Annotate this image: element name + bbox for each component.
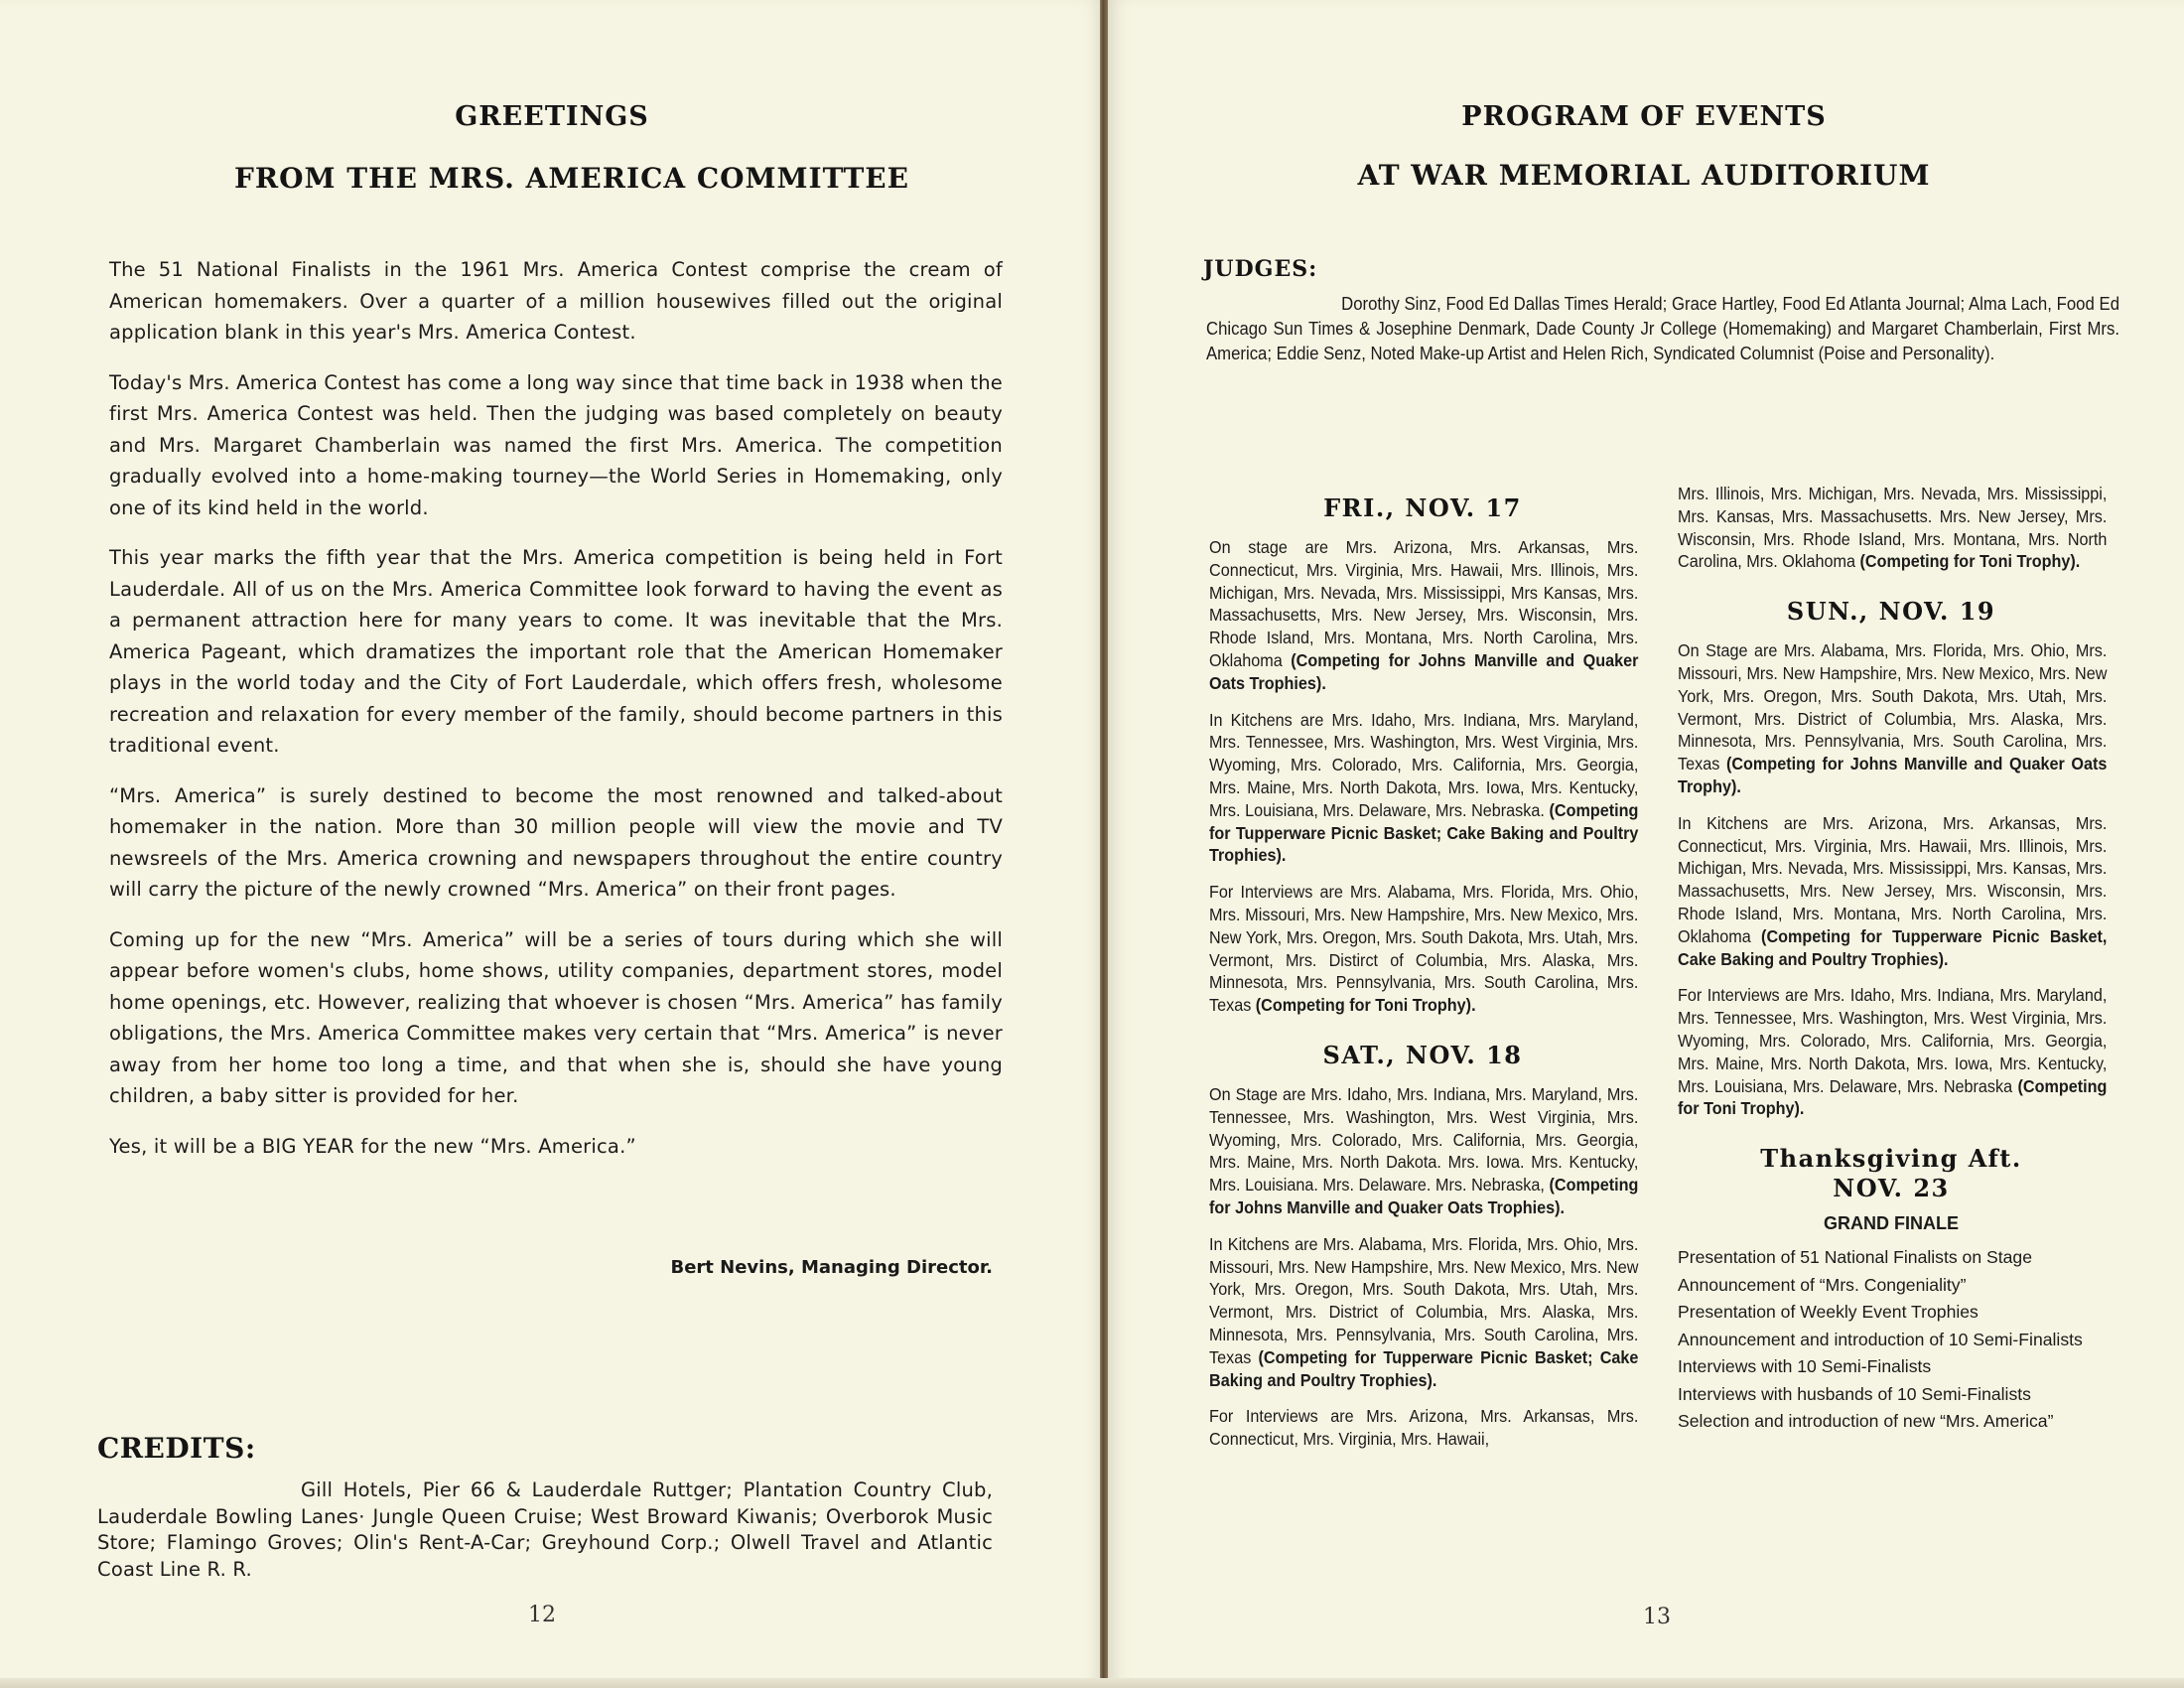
greetings-paragraph: The 51 National Finalists in the 1961 Mr… bbox=[109, 254, 1003, 349]
page-number-right: 13 bbox=[1643, 1605, 1671, 1629]
greetings-paragraph: Today's Mrs. America Contest has come a … bbox=[109, 367, 1003, 524]
schedule-block: For Interviews are Mrs. Idaho, Mrs. Indi… bbox=[1678, 984, 2107, 1120]
program-column-1: FRI., NOV. 17 On stage are Mrs. Arizona,… bbox=[1209, 493, 1676, 1465]
finale-item: Presentation of 51 National Finalists on… bbox=[1678, 1246, 2136, 1269]
page-number-left: 12 bbox=[528, 1603, 556, 1627]
greetings-body: The 51 National Finalists in the 1961 Mr… bbox=[109, 254, 1003, 1181]
program-title: PROGRAM OF EVENTS bbox=[1104, 101, 2184, 132]
finale-item: Interviews with husbands of 10 Semi-Fina… bbox=[1678, 1383, 2136, 1406]
schedule-block: On stage are Mrs. Arizona, Mrs. Arkansas… bbox=[1209, 536, 1638, 695]
schedule-block: On Stage are Mrs. Alabama, Mrs. Florida,… bbox=[1678, 639, 2107, 798]
award-text: (Competing for Toni Trophy). bbox=[1256, 995, 1476, 1015]
book-gutter bbox=[1100, 0, 1108, 1688]
finale-list: Presentation of 51 National Finalists on… bbox=[1678, 1246, 2144, 1433]
schedule-block: In Kitchens are Mrs. Alabama, Mrs. Flori… bbox=[1209, 1233, 1638, 1392]
greetings-subtitle: FROM THE MRS. AMERICA COMMITTEE bbox=[0, 162, 1104, 195]
page-bottom-edge bbox=[0, 1678, 2184, 1688]
finale-item: Selection and introduction of new “Mrs. … bbox=[1678, 1410, 2136, 1433]
finale-item: Presentation of Weekly Event Trophies bbox=[1678, 1301, 2136, 1324]
schedule-block-continued: Mrs. Illinois, Mrs. Michigan, Mrs. Nevad… bbox=[1678, 483, 2107, 573]
schedule-block: In Kitchens are Mrs. Idaho, Mrs. Indiana… bbox=[1209, 709, 1638, 868]
credits-text: Gill Hotels, Pier 66 & Lauderdale Ruttge… bbox=[97, 1478, 993, 1581]
finale-item: Announcement of “Mrs. Congeniality” bbox=[1678, 1274, 2136, 1297]
award-text: (Competing for Johns Manville and Quaker… bbox=[1678, 754, 2107, 796]
award-text: (Competing for Tupperware Picnic Basket;… bbox=[1209, 1347, 1638, 1390]
credits-title: CREDITS: bbox=[97, 1432, 256, 1465]
day-heading-fri: FRI., NOV. 17 bbox=[1209, 493, 1636, 522]
greetings-title: GREETINGS bbox=[0, 101, 1104, 132]
program-subtitle: AT WAR MEMORIAL AUDITORIUM bbox=[1104, 159, 2184, 192]
day-heading-sat: SAT., NOV. 18 bbox=[1209, 1041, 1636, 1069]
greetings-paragraph: Coming up for the new “Mrs. America” wil… bbox=[109, 924, 1003, 1112]
finale-heading: Thanksgiving Aft. NOV. 23 bbox=[1678, 1144, 2105, 1203]
finale-item: Announcement and introduction of 10 Semi… bbox=[1678, 1329, 2136, 1351]
credits-body: Gill Hotels, Pier 66 & Lauderdale Ruttge… bbox=[97, 1477, 993, 1583]
grand-finale-label: GRAND FINALE bbox=[1678, 1213, 2105, 1234]
greetings-paragraph: This year marks the fifth year that the … bbox=[109, 542, 1003, 762]
finale-heading-line1: Thanksgiving Aft. bbox=[1678, 1144, 2105, 1174]
program-column-2: Mrs. Illinois, Mrs. Michigan, Mrs. Nevad… bbox=[1678, 483, 2144, 1438]
award-text: (Competing for Toni Trophy). bbox=[1860, 551, 2081, 571]
booklet-spread: GREETINGS FROM THE MRS. AMERICA COMMITTE… bbox=[0, 0, 2184, 1688]
day-heading-sun: SUN., NOV. 19 bbox=[1678, 597, 2105, 626]
greetings-paragraph: Yes, it will be a BIG YEAR for the new “… bbox=[109, 1131, 1003, 1163]
finale-heading-line2: NOV. 23 bbox=[1678, 1174, 2105, 1203]
judges-text: Dorothy Sinz, Food Ed Dallas Times Heral… bbox=[1206, 294, 2119, 363]
greetings-paragraph: “Mrs. America” is surely destined to bec… bbox=[109, 780, 1003, 906]
schedule-block: For Interviews are Mrs. Alabama, Mrs. Fl… bbox=[1209, 881, 1638, 1017]
signature: Bert Nevins, Managing Director. bbox=[109, 1257, 993, 1278]
schedule-block: On Stage are Mrs. Idaho, Mrs. Indiana, M… bbox=[1209, 1083, 1638, 1219]
judges-title: JUDGES: bbox=[1203, 256, 1317, 282]
finale-item: Interviews with 10 Semi-Finalists bbox=[1678, 1355, 2136, 1378]
participants-text: For Interviews are Mrs. Arizona, Mrs. Ar… bbox=[1209, 1406, 1638, 1449]
schedule-block: For Interviews are Mrs. Arizona, Mrs. Ar… bbox=[1209, 1405, 1638, 1451]
schedule-block: In Kitchens are Mrs. Arizona, Mrs. Arkan… bbox=[1678, 812, 2107, 971]
judges-body: Dorothy Sinz, Food Ed Dallas Times Heral… bbox=[1206, 292, 2119, 366]
